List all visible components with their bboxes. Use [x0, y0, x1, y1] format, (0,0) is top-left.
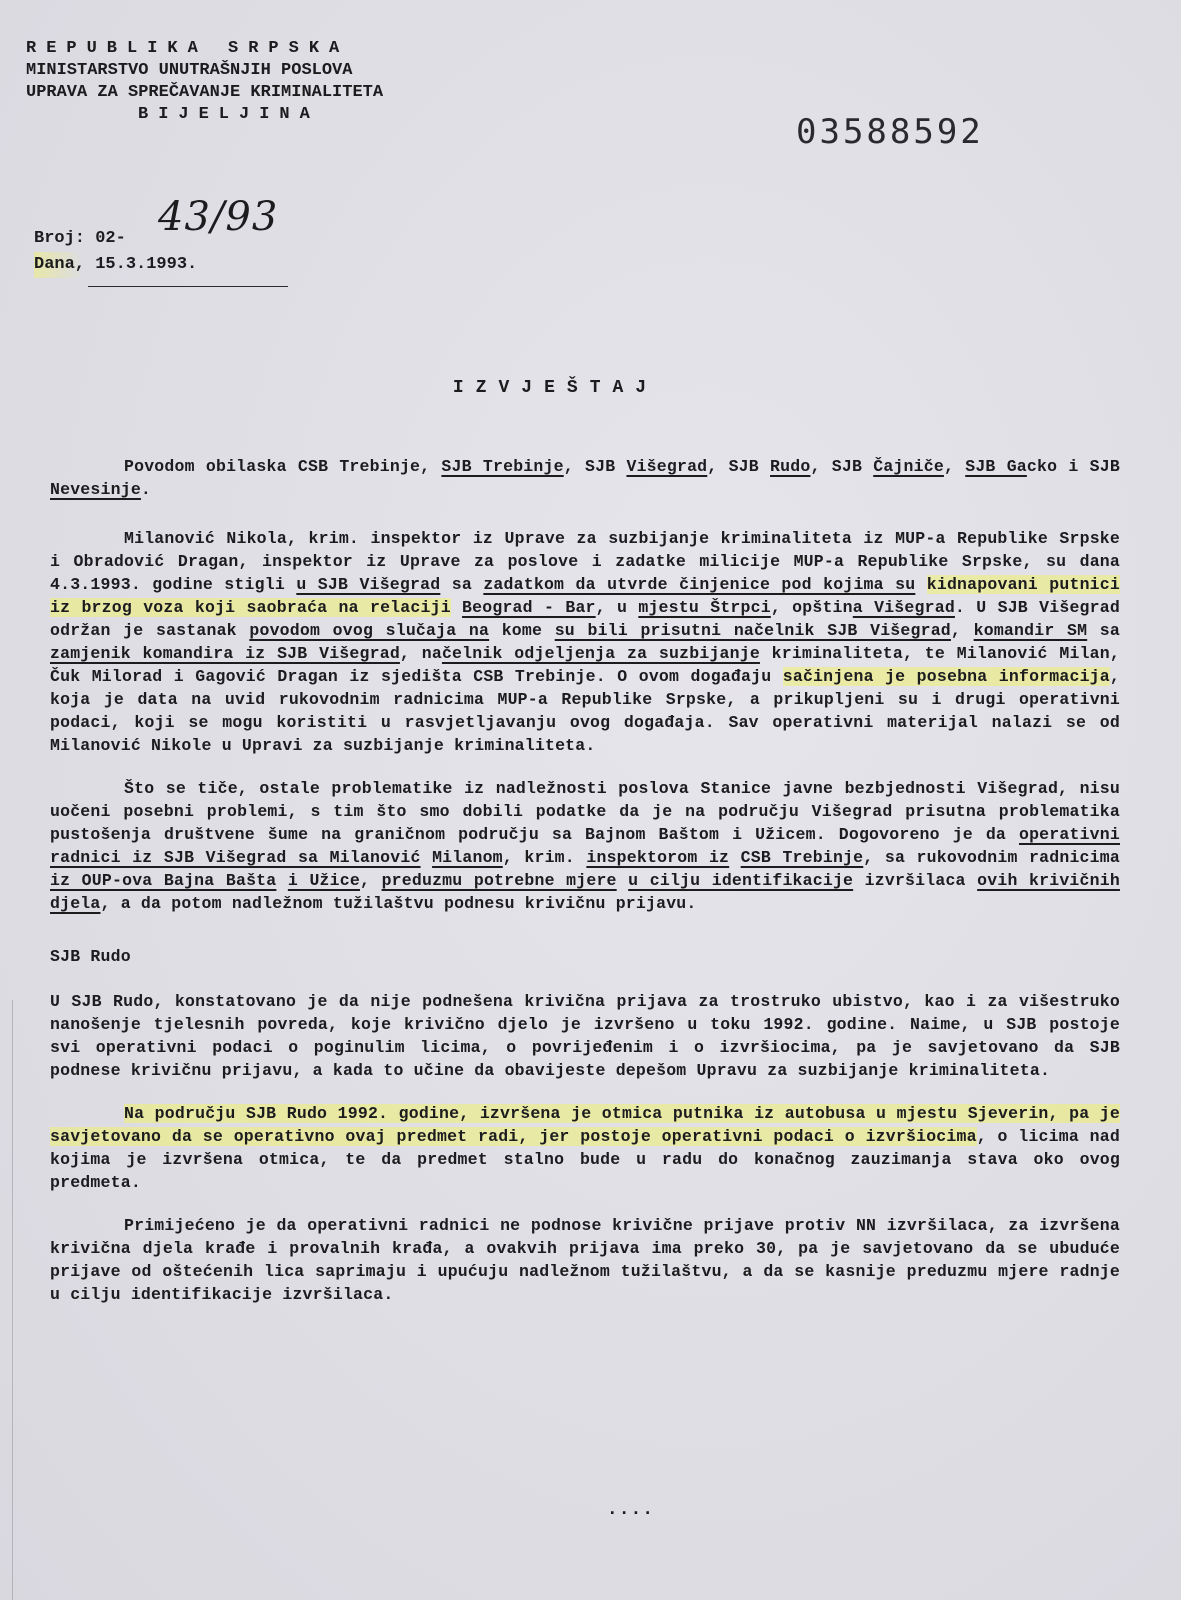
letterhead-city: BIJELJINA: [26, 104, 383, 126]
paragraph-visegrad-issues: Što se tiče, ostale problematike iz nadl…: [50, 777, 1120, 915]
section-heading-sjb-rudo: SJB Rudo: [50, 945, 1120, 968]
paragraph-sjeverin: Na području SJB Rudo 1992. godine, izvrš…: [50, 1102, 1120, 1194]
paragraph-visit: Povodom obilaska CSB Trebinje, SJB Trebi…: [50, 455, 1120, 501]
document-page: REPUBLIKA SRPSKA MINISTARSTVO UNUTRAŠNJI…: [0, 0, 1181, 1600]
paragraph-rudo-murder: U SJB Rudo, konstatovano je da nije podn…: [50, 990, 1120, 1082]
paragraph-strpci: Milanović Nikola, krim. inspektor iz Upr…: [50, 527, 1120, 757]
handwritten-underline: [88, 286, 288, 287]
document-title: IZVJEŠTAJ: [0, 378, 1181, 398]
letterhead-republic: REPUBLIKA SRPSKA: [26, 38, 383, 60]
letterhead-ministry: MINISTARSTVO UNUTRAŠNJIH POSLOVA: [26, 60, 383, 82]
handwritten-reference-number: 43/93: [158, 204, 278, 230]
letterhead: REPUBLIKA SRPSKA MINISTARSTVO UNUTRAŠNJI…: [26, 38, 383, 126]
letterhead-department: UPRAVA ZA SPREČAVANJE KRIMINALITETA: [26, 82, 383, 104]
document-body: Povodom obilaska CSB Trebinje, SJB Trebi…: [50, 455, 1120, 1326]
document-date: 15.3.1993.: [95, 255, 197, 274]
paragraph-theft-reports: Primijećeno je da operativni radnici ne …: [50, 1214, 1120, 1306]
serial-number: 03588592: [796, 112, 984, 152]
reference-number-label: Broj: 02-: [34, 229, 126, 248]
date-label: Dana,: [34, 255, 85, 274]
reference-block: Broj: 02-43/93 Dana, 15.3.1993.: [34, 226, 197, 278]
continuation-mark: ....: [0, 1500, 1181, 1520]
